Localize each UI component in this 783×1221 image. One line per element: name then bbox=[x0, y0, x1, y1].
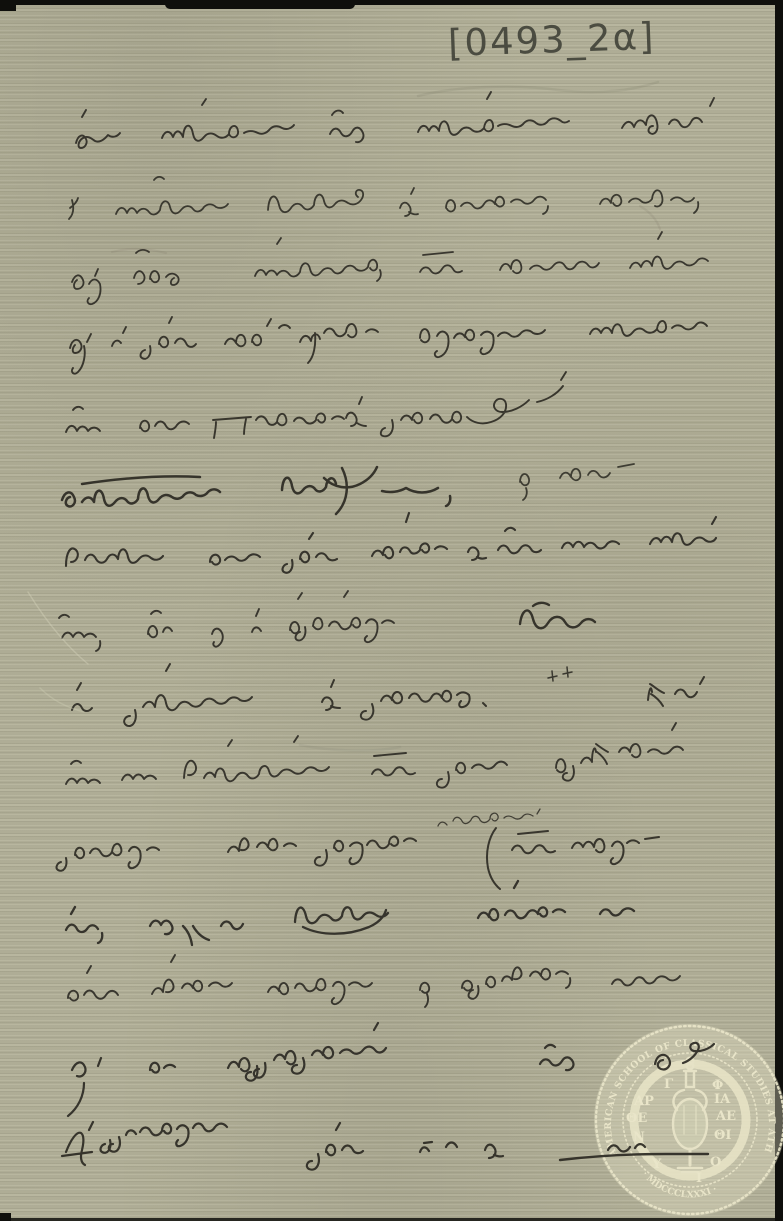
line-14 bbox=[68, 1023, 714, 1116]
line-06 bbox=[62, 467, 450, 514]
tau-plus-mark bbox=[548, 667, 572, 681]
line-09 bbox=[72, 664, 704, 726]
line-02 bbox=[69, 177, 698, 219]
line-11 bbox=[57, 828, 659, 889]
line-12 bbox=[66, 881, 634, 945]
scanned-letter-page: [0493_2α] AMER bbox=[0, 0, 783, 1221]
line-01 bbox=[76, 92, 714, 148]
line-08 bbox=[59, 591, 394, 651]
line-04 bbox=[70, 317, 707, 374]
underline-stroke bbox=[560, 1154, 708, 1160]
line-08b bbox=[520, 603, 595, 628]
line-13 bbox=[68, 955, 680, 1007]
line-10 bbox=[66, 723, 683, 788]
line-05 bbox=[66, 372, 566, 438]
line-03 bbox=[72, 232, 708, 304]
handwriting-layer bbox=[0, 0, 783, 1221]
crease-1 bbox=[28, 592, 88, 664]
line-15 bbox=[62, 1122, 645, 1170]
line-07 bbox=[66, 513, 716, 573]
line-11-insert bbox=[438, 809, 540, 826]
pencil-smudge-3 bbox=[640, 206, 660, 229]
line-06b bbox=[520, 464, 634, 500]
pencil-smudge-1 bbox=[418, 82, 658, 96]
pencil-smudge-4 bbox=[300, 745, 400, 751]
crease-2 bbox=[40, 688, 84, 712]
